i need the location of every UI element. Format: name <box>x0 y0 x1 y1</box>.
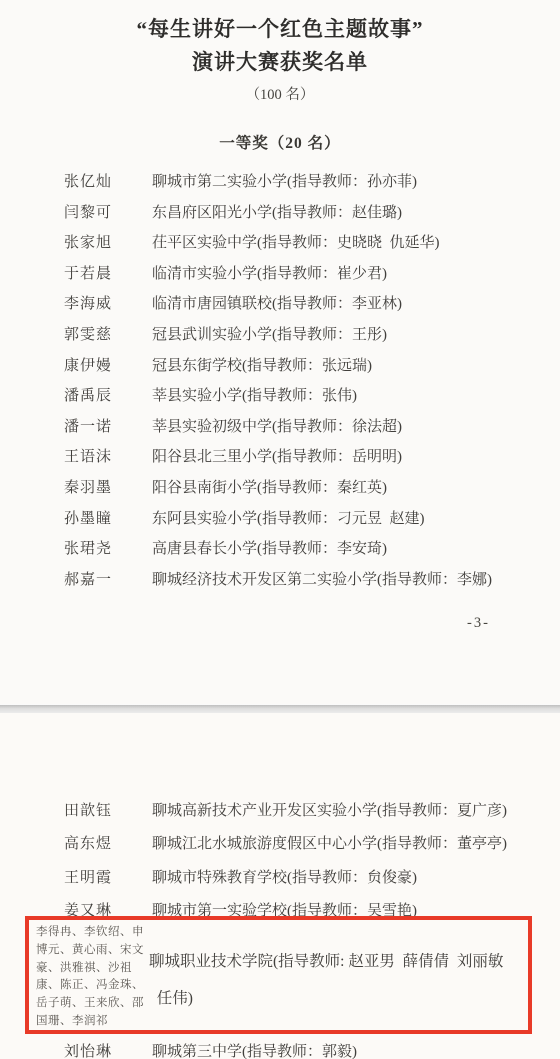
document-page-3: “每生讲好一个红色主题故事” 演讲大赛获奖名单 （100 名） 一等奖（20 名… <box>0 0 560 704</box>
winner-row: 高东煜 聊城江北水城旅游度假区中心小学(指导教师：董亭亭) <box>64 832 548 865</box>
winner-name: 李海威 <box>64 292 152 313</box>
winner-row: 王语沫 阳谷县北三里小学(指导教师：岳明明) <box>64 445 548 476</box>
winner-list-continued: 田歆钰 聊城高新技术产业开发区实验小学(指导教师：夏广彦) 高东煜 聊城江北水城… <box>64 799 548 933</box>
winner-row: 康伊嫚 冠县东街学校(指导教师：张远瑞) <box>64 354 548 385</box>
winner-name: 闫黎可 <box>64 201 152 222</box>
winner-school: 冠县武训实验小学(指导教师：王彤) <box>152 323 548 344</box>
winner-school: 临清市实验小学(指导教师：崔少君) <box>152 262 548 283</box>
winner-school: 茌平区实验中学(指导教师：史晓晓 仇延华) <box>152 231 548 252</box>
winner-school: 聊城经济技术开发区第二实验小学(指导教师：李娜) <box>152 568 548 589</box>
winner-school: 临清市唐园镇联校(指导教师：李亚林) <box>152 292 548 313</box>
winner-school: 聊城第三中学(指导教师：郭毅) <box>152 1040 548 1059</box>
winner-row: 刘怡琳 聊城第三中学(指导教师：郭毅) <box>64 1040 548 1059</box>
winner-row: 王明霞 聊城市特殊教育学校(指导教师：贠俊豪) <box>64 866 548 899</box>
page-separator <box>0 704 560 713</box>
winner-name: 于若晨 <box>64 262 152 283</box>
highlighted-winner-names: 李得冉、李钦绍、申博元、黄心雨、宋文豪、洪雅祺、沙祖康、陈正、冯金珠、岳子萌、王… <box>36 924 152 1031</box>
winner-row: 张亿灿 聊城市第二实验小学(指导教师：孙亦菲) <box>64 170 548 201</box>
winner-name: 秦羽墨 <box>64 476 152 497</box>
winner-school: 聊城江北水城旅游度假区中心小学(指导教师：董亭亭) <box>152 832 548 853</box>
winner-name: 郭雯慈 <box>64 323 152 344</box>
winner-school: 东昌府区阳光小学(指导教师：赵佳璐) <box>152 201 548 222</box>
winner-school: 莘县实验小学(指导教师：张伟) <box>152 384 548 405</box>
winner-name: 潘一诺 <box>64 415 152 436</box>
document-title-line-2: 演讲大赛获奖名单 <box>0 46 560 76</box>
winner-name: 高东煜 <box>64 832 152 853</box>
page-number: -3- <box>467 615 490 632</box>
winner-name: 王语沫 <box>64 445 152 466</box>
highlighted-winner-school: 聊城职业技术学院(指导教师: 赵亚男 薛倩倩 刘丽敏 任伟) <box>149 943 522 1017</box>
winner-name: 康伊嫚 <box>64 354 152 375</box>
first-prize-section-heading: 一等奖（20 名） <box>0 131 560 153</box>
winner-row: 田歆钰 聊城高新技术产业开发区实验小学(指导教师：夏广彦) <box>64 799 548 832</box>
winner-school: 高唐县春长小学(指导教师：李安琦) <box>152 537 548 558</box>
red-highlight-box: 李得冉、李钦绍、申博元、黄心雨、宋文豪、洪雅祺、沙祖康、陈正、冯金珠、岳子萌、王… <box>25 916 532 1034</box>
winner-name: 孙墨瞳 <box>64 507 152 528</box>
document-page-4: 田歆钰 聊城高新技术产业开发区实验小学(指导教师：夏广彦) 高东煜 聊城江北水城… <box>0 713 560 1059</box>
winner-row: 闫黎可 东昌府区阳光小学(指导教师：赵佳璐) <box>64 201 548 232</box>
winner-name: 郝嘉一 <box>64 568 152 589</box>
total-count: （100 名） <box>0 83 560 104</box>
winner-name: 田歆钰 <box>64 799 152 820</box>
document-title-line-1: “每生讲好一个红色主题故事” <box>0 13 560 43</box>
winner-row: 郭雯慈 冠县武训实验小学(指导教师：王彤) <box>64 323 548 354</box>
winner-name: 张亿灿 <box>64 170 152 191</box>
winner-row: 潘禹辰 莘县实验小学(指导教师：张伟) <box>64 384 548 415</box>
winner-row: 孙墨瞳 东阿县实验小学(指导教师：刁元昱 赵建) <box>64 507 548 538</box>
winner-name: 张家旭 <box>64 231 152 252</box>
winner-row: 潘一诺 莘县实验初级中学(指导教师：徐法超) <box>64 415 548 446</box>
winner-name: 潘禹辰 <box>64 384 152 405</box>
winner-row: 秦羽墨 阳谷县南街小学(指导教师：秦红英) <box>64 476 548 507</box>
winner-school: 莘县实验初级中学(指导教师：徐法超) <box>152 415 548 436</box>
winner-school: 聊城市第二实验小学(指导教师：孙亦菲) <box>152 170 548 191</box>
scanned-award-document: { "page1": { "title_line1": "“每生讲好一个红色主题… <box>0 0 560 1059</box>
winner-school: 聊城高新技术产业开发区实验小学(指导教师：夏广彦) <box>152 799 548 820</box>
winner-name: 张珺尧 <box>64 537 152 558</box>
winner-row: 于若晨 临清市实验小学(指导教师：崔少君) <box>64 262 548 293</box>
winner-school: 阳谷县北三里小学(指导教师：岳明明) <box>152 445 548 466</box>
winner-school: 冠县东街学校(指导教师：张远瑞) <box>152 354 548 375</box>
first-prize-winner-list: 张亿灿 聊城市第二实验小学(指导教师：孙亦菲) 闫黎可 东昌府区阳光小学(指导教… <box>64 170 548 598</box>
winner-school: 聊城市特殊教育学校(指导教师：贠俊豪) <box>152 866 548 887</box>
winner-row: 李海威 临清市唐园镇联校(指导教师：李亚林) <box>64 292 548 323</box>
winner-name: 刘怡琳 <box>64 1040 152 1059</box>
winner-row: 张家旭 茌平区实验中学(指导教师：史晓晓 仇延华) <box>64 231 548 262</box>
winner-row: 郝嘉一 聊城经济技术开发区第二实验小学(指导教师：李娜) <box>64 568 548 599</box>
winner-school: 阳谷县南街小学(指导教师：秦红英) <box>152 476 548 497</box>
winner-school: 东阿县实验小学(指导教师：刁元昱 赵建) <box>152 507 548 528</box>
winner-name: 王明霞 <box>64 866 152 887</box>
winner-row: 张珺尧 高唐县春长小学(指导教师：李安琦) <box>64 537 548 568</box>
